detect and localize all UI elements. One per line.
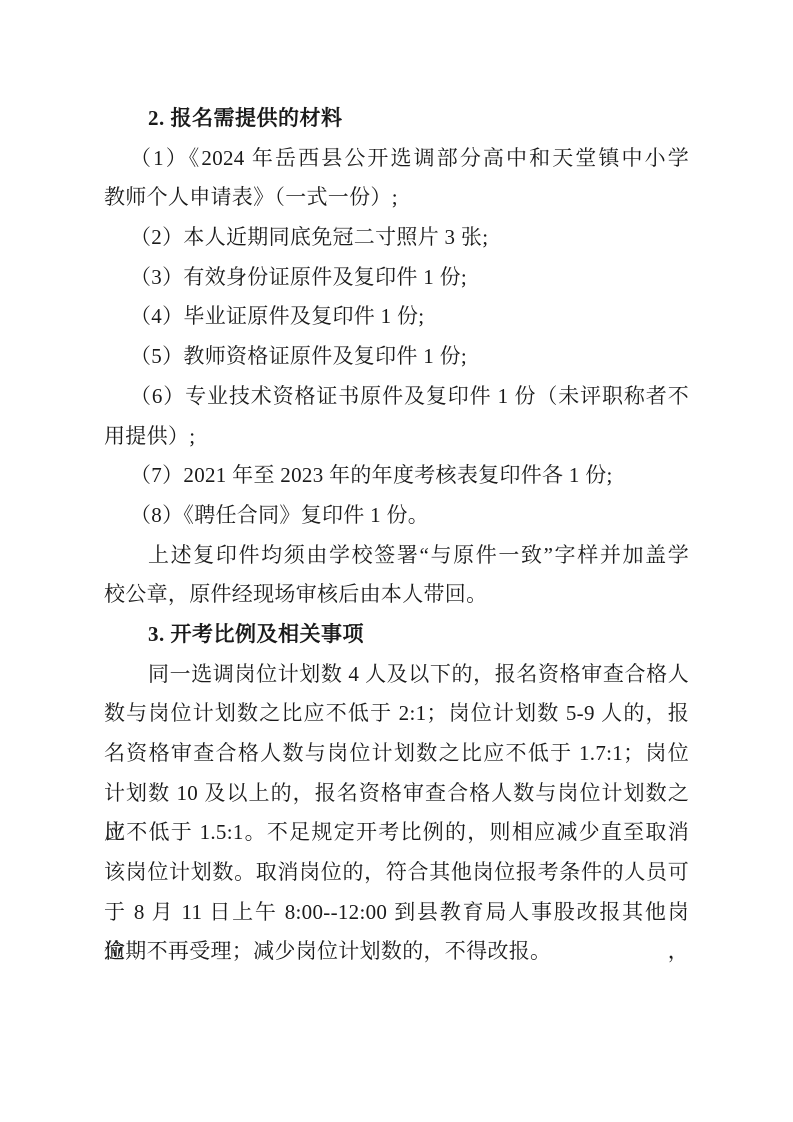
item-6-line-2: 用提供）;	[104, 417, 689, 457]
item-7: （7）2021 年至 2023 年的年度考核表复印件各 1 份;	[104, 456, 689, 496]
item-1-line-2: 教师个人申请表》（一式一份）;	[104, 178, 689, 218]
item-4: （4）毕业证原件及复印件 1 份;	[104, 297, 689, 337]
ratio-paragraph-line-6: 该岗位计划数。取消岗位的，符合其他岗位报考条件的人员可	[104, 853, 689, 893]
item-1-line-1: （1）《2024 年岳西县公开选调部分高中和天堂镇中小学	[104, 139, 689, 179]
section-3-heading: 3. 开考比例及相关事项	[104, 615, 689, 655]
section-2-heading: 2. 报名需提供的材料	[104, 99, 689, 139]
item-2: （2）本人近期同底免冠二寸照片 3 张;	[104, 218, 689, 258]
ratio-paragraph-line-4: 计划数 10 及以上的，报名资格审查合格人数与岗位计划数之比	[104, 774, 689, 814]
ratio-paragraph-line-1: 同一选调岗位计划数 4 人及以下的，报名资格审查合格人	[104, 655, 689, 695]
ratio-paragraph-line-5: 应不低于 1.5:1。不足规定开考比例的，则相应减少直至取消	[104, 813, 689, 853]
document-body: 2. 报名需提供的材料 （1）《2024 年岳西县公开选调部分高中和天堂镇中小学…	[104, 99, 689, 972]
item-5: （5）教师资格证原件及复印件 1 份;	[104, 337, 689, 377]
item-8: （8）《聘任合同》复印件 1 份。	[104, 496, 689, 536]
ratio-paragraph-line-2: 数与岗位计划数之比应不低于 2:1；岗位计划数 5-9 人的，报	[104, 694, 689, 734]
copies-note-line-1: 上述复印件均须由学校签署“与原件一致”字样并加盖学	[104, 536, 689, 576]
copies-note-line-2: 校公章，原件经现场审核后由本人带回。	[104, 575, 689, 615]
item-3: （3）有效身份证原件及复印件 1 份;	[104, 258, 689, 298]
item-6-line-1: （6）专业技术资格证书原件及复印件 1 份（未评职称者不	[104, 377, 689, 417]
ratio-paragraph-line-3: 名资格审查合格人数与岗位计划数之比应不低于 1.7:1；岗位	[104, 734, 689, 774]
document-page: 2. 报名需提供的材料 （1）《2024 年岳西县公开选调部分高中和天堂镇中小学…	[0, 0, 793, 1122]
ratio-paragraph-line-7: 于 8 月 11 日上午 8:00--12:00 到县教育局人事股改报其他岗位，	[104, 893, 689, 933]
